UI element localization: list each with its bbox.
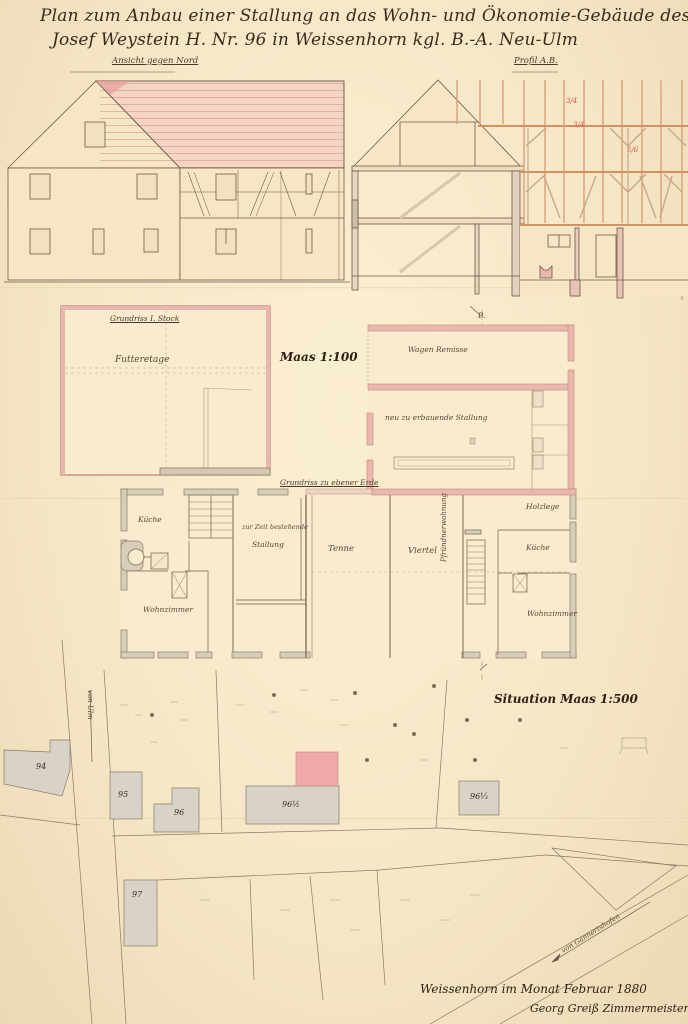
dimension-mark: 5/6	[627, 146, 638, 154]
section-mark-b: B.	[478, 311, 486, 320]
elevation-label: Ansicht gegen Nord	[112, 56, 198, 66]
scale-label-site: Situation Maas 1:500	[494, 692, 638, 706]
dimension-mark: 3/4	[573, 121, 584, 129]
road-label-ulm: von Ulm	[86, 690, 94, 720]
room-wohnzimmer-right: Wohnzimmer	[527, 609, 577, 618]
upper-floor-plan	[61, 306, 270, 475]
dimension-mark: 3/4	[566, 97, 577, 105]
room-tenne: Tenne	[328, 544, 354, 554]
parcel-97: 97	[132, 890, 142, 899]
upper-floor-label: Grundriss I. Stock	[110, 314, 179, 323]
north-elevation	[4, 72, 350, 282]
signature-place-date: Weissenhorn im Monat Februar 1880	[420, 982, 647, 996]
room-viertel: Viertel	[408, 546, 437, 556]
room-new-stable: neu zu erbauende Stallung	[385, 413, 488, 422]
ground-floor-label: Grundriss zu ebener Erde	[280, 478, 379, 487]
signature-author: Georg Greiß Zimmermeister	[530, 1002, 688, 1015]
room-wagen-remisse: Wagen Remisse	[408, 345, 468, 354]
parcel-95: 95	[118, 790, 128, 799]
ground-floor-plan	[121, 489, 576, 670]
drawing-canvas	[0, 0, 688, 1024]
room-futteretage: Futteretage	[115, 355, 169, 365]
room-pfruendner: Pfründnerwohnung	[440, 493, 448, 562]
parcel-96-half: 96½	[282, 800, 300, 809]
room-wohnzimmer-left: Wohnzimmer	[143, 605, 193, 614]
plan-title-line2: Josef Weystein H. Nr. 96 in Weissenhorn …	[52, 30, 578, 50]
section-ab	[352, 72, 688, 300]
plan-title-line1: Plan zum Anbau einer Stallung an das Woh…	[40, 6, 688, 26]
parcel-96-third: 96⅓	[470, 792, 488, 801]
section-label: Profil A.B.	[514, 56, 558, 66]
room-existing-stable: zur Zeit bestehende	[242, 523, 308, 531]
parcel-96: 96	[174, 808, 184, 817]
scale-label-plan: Maas 1:100	[280, 350, 358, 364]
room-kueche-right: Küche	[526, 543, 550, 552]
room-holzlege: Holzlege	[526, 502, 559, 511]
room-existing-stable-2: Stallung	[252, 540, 284, 549]
parcel-94: 94	[36, 762, 46, 771]
room-kueche-left: Küche	[138, 515, 162, 524]
architectural-plan-sheet: Plan zum Anbau einer Stallung an das Woh…	[0, 0, 688, 1024]
